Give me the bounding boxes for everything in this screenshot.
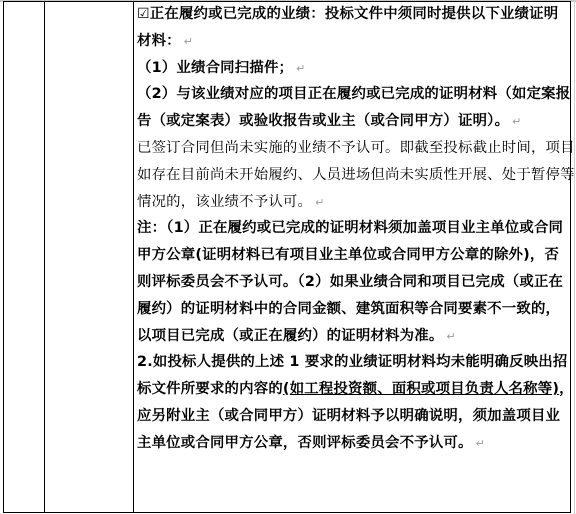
text-line: （1）业绩合同扫描件；↵ — [137, 55, 569, 82]
cell-content-text[interactable]: ☑正在履约或已完成的业绩：投标文件中须同时提供以下业绩证明 材料：↵ （1）业绩… — [137, 1, 569, 457]
text-line: （2）与该业绩对应的项目正在履约或已完成的证明材料（如定案报 — [137, 81, 569, 108]
paragraph-mark-icon: ↵ — [446, 330, 455, 343]
text-line: 注：（1）正在履约或已完成的证明材料须加盖项目业主单位或合同 — [137, 215, 569, 242]
text-line: 标文件所要求的内容的(如工程投资额、面积或项目负责人名称等)， — [137, 376, 569, 403]
checkbox-checked-icon[interactable]: ☑ — [137, 6, 150, 22]
text-line: 以项目已完成（或正在履约）的证明材料为准。↵ — [137, 323, 569, 350]
text-line: 已签订合同但尚未实施的业绩不予认可。即截至投标截止时间，项目 — [137, 135, 569, 162]
paragraph-mark-icon: ↵ — [476, 437, 485, 450]
text-line: 甲方公章(证明材料已有项目业主单位或合同甲方公章的除外)，否 — [137, 242, 569, 269]
paragraph-mark-icon: ↵ — [296, 62, 305, 75]
table-cell-category — [44, 2, 134, 512]
page-right-edge — [574, 0, 575, 514]
paragraph-mark-icon: ↵ — [184, 35, 193, 48]
paragraph-mark-icon: ↵ — [315, 196, 324, 209]
text-line: 履约）的证明材料中的合同金额、建筑面积等合同要素不一致的， — [137, 296, 569, 323]
text-line: ☑正在履约或已完成的业绩：投标文件中须同时提供以下业绩证明 — [137, 1, 569, 28]
paragraph-mark-icon: ↵ — [512, 115, 521, 128]
text-line: 应另附业主（或合同甲方）证明材料予以明确说明，须加盖项目业 — [137, 403, 569, 430]
text-line: 材料：↵ — [137, 28, 569, 55]
text-line: 情况的，该业绩不予认可。↵ — [137, 189, 569, 216]
underlined-text: (如工程投资额、面积或项目负责人名称等) — [283, 381, 559, 397]
table-cell-index — [3, 2, 45, 512]
text-line: 如存在目前尚未开始履约、人员进场但尚未实质性开展、处于暂停等 — [137, 162, 569, 189]
text-line: 则评标委员会不予认可。（2）如果业绩合同和项目已完成（或正在 — [137, 269, 569, 296]
text-line: 告（或定案表）或验收报告或业主（或合同甲方）证明）。↵ — [137, 108, 569, 135]
text-line: 主单位或合同甲方公章，否则评标委员会不予认可。↵ — [137, 430, 569, 457]
text-line: 2.如投标人提供的上述 1 要求的业绩证明材料均未能明确反映出招 — [137, 349, 569, 376]
